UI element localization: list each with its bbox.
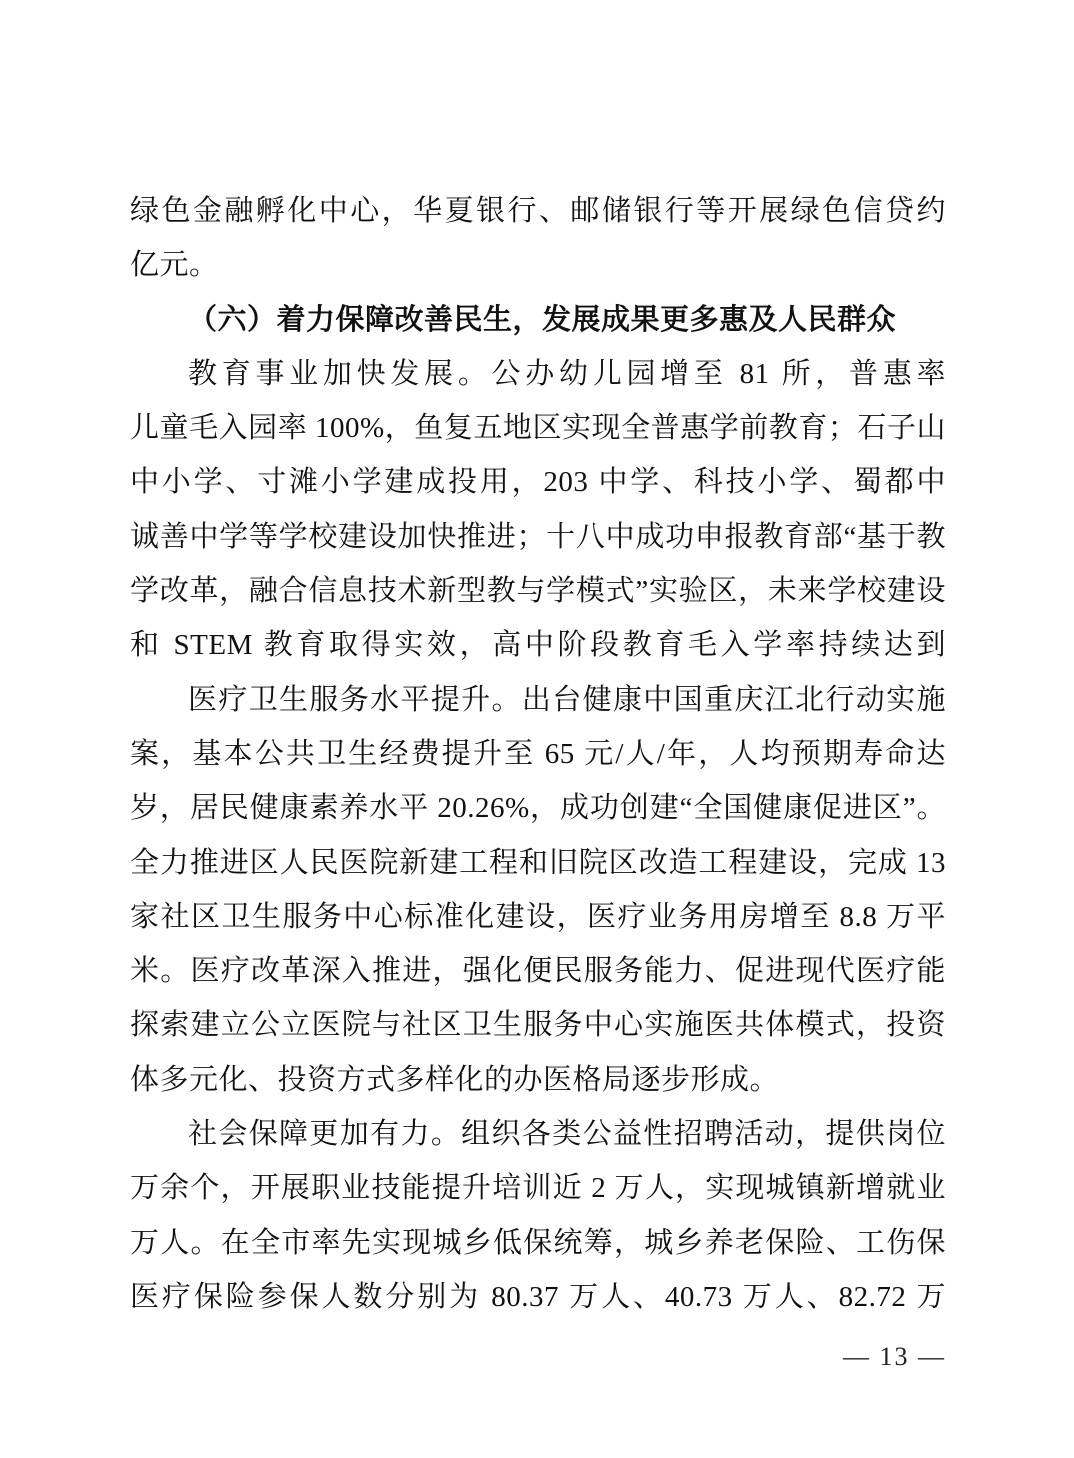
text-line: 万人。在全市率先实现城乡低保统筹，城乡养老保险、工伤保险、 [130, 1216, 946, 1270]
text-line: 家社区卫生服务中心标准化建设，医疗业务用房增至 8.8 万平方 [130, 890, 946, 944]
page-footer: — 13 — [843, 1340, 946, 1374]
para-social-security: 社会保障更加有力。组织各类公益性招聘活动，提供岗位 5万余个，开展职业技能提升培… [130, 1107, 946, 1324]
text-line: 儿童毛入园率 100%，鱼复五地区实现全普惠学前教育；石子山 [130, 401, 946, 455]
text-line: 和 STEM 教育取得实效，高中阶段教育毛入学率持续达到 100%。 [130, 618, 946, 672]
para-education: 教育事业加快发展。公办幼儿园增至 81 所，普惠率 80.6%，儿童毛入园率 1… [130, 347, 946, 673]
document-page: 绿色金融孵化中心，华夏银行、邮储银行等开展绿色信贷约 300亿元。（六）着力保障… [0, 0, 1074, 1458]
text-line: 医疗保险参保人数分别为 80.37 万人、40.73 万人、82.72 万人， [130, 1270, 946, 1324]
text-line: 探索建立公立医院与社区卫生服务中心实施医共体模式，投资主 [130, 998, 946, 1052]
page-number: — 13 — [843, 1342, 946, 1371]
text-line: 绿色金融孵化中心，华夏银行、邮储银行等开展绿色信贷约 300 [130, 184, 946, 238]
para-green-finance: 绿色金融孵化中心，华夏银行、邮储银行等开展绿色信贷约 300亿元。 [130, 184, 946, 293]
text-line: 诚善中学等学校建设加快推进；十八中成功申报教育部“基于教 [130, 510, 946, 564]
text-line: 万余个，开展职业技能提升培训近 2 万人，实现城镇新增就业 5 [130, 1161, 946, 1215]
text-line: 全力推进区人民医院新建工程和旧院区改造工程建设，完成 13 [130, 836, 946, 890]
text-line: 社会保障更加有力。组织各类公益性招聘活动，提供岗位 5 [130, 1107, 946, 1161]
section-heading: （六）着力保障改善民生，发展成果更多惠及人民群众 [130, 293, 946, 347]
text-line: 米。医疗改革深入推进，强化便民服务能力、促进现代医疗能力， [130, 944, 946, 998]
text-line: 医疗卫生服务水平提升。出台健康中国重庆江北行动实施方 [130, 673, 946, 727]
text-line: 亿元。 [130, 238, 946, 292]
document-body: 绿色金融孵化中心，华夏银行、邮储银行等开展绿色信贷约 300亿元。（六）着力保障… [130, 184, 946, 1324]
text-line: 中小学、寸滩小学建成投用，203 中学、科技小学、蜀都中学、 [130, 455, 946, 509]
text-line: 体多元化、投资方式多样化的办医格局逐步形成。 [130, 1053, 946, 1107]
text-line: 教育事业加快发展。公办幼儿园增至 81 所，普惠率 80.6%， [130, 347, 946, 401]
text-line: 岁，居民健康素养水平 20.26%，成功创建“全国健康促进区”。 [130, 781, 946, 835]
para-healthcare: 医疗卫生服务水平提升。出台健康中国重庆江北行动实施方案，基本公共卫生经费提升至 … [130, 673, 946, 1107]
text-line: 案，基本公共卫生经费提升至 65 元/人/年，人均预期寿命达 78.5 [130, 727, 946, 781]
text-line: 学改革，融合信息技术新型教与学模式”实验区，未来学校建设 [130, 564, 946, 618]
heading-section-six: （六）着力保障改善民生，发展成果更多惠及人民群众 [130, 293, 946, 347]
